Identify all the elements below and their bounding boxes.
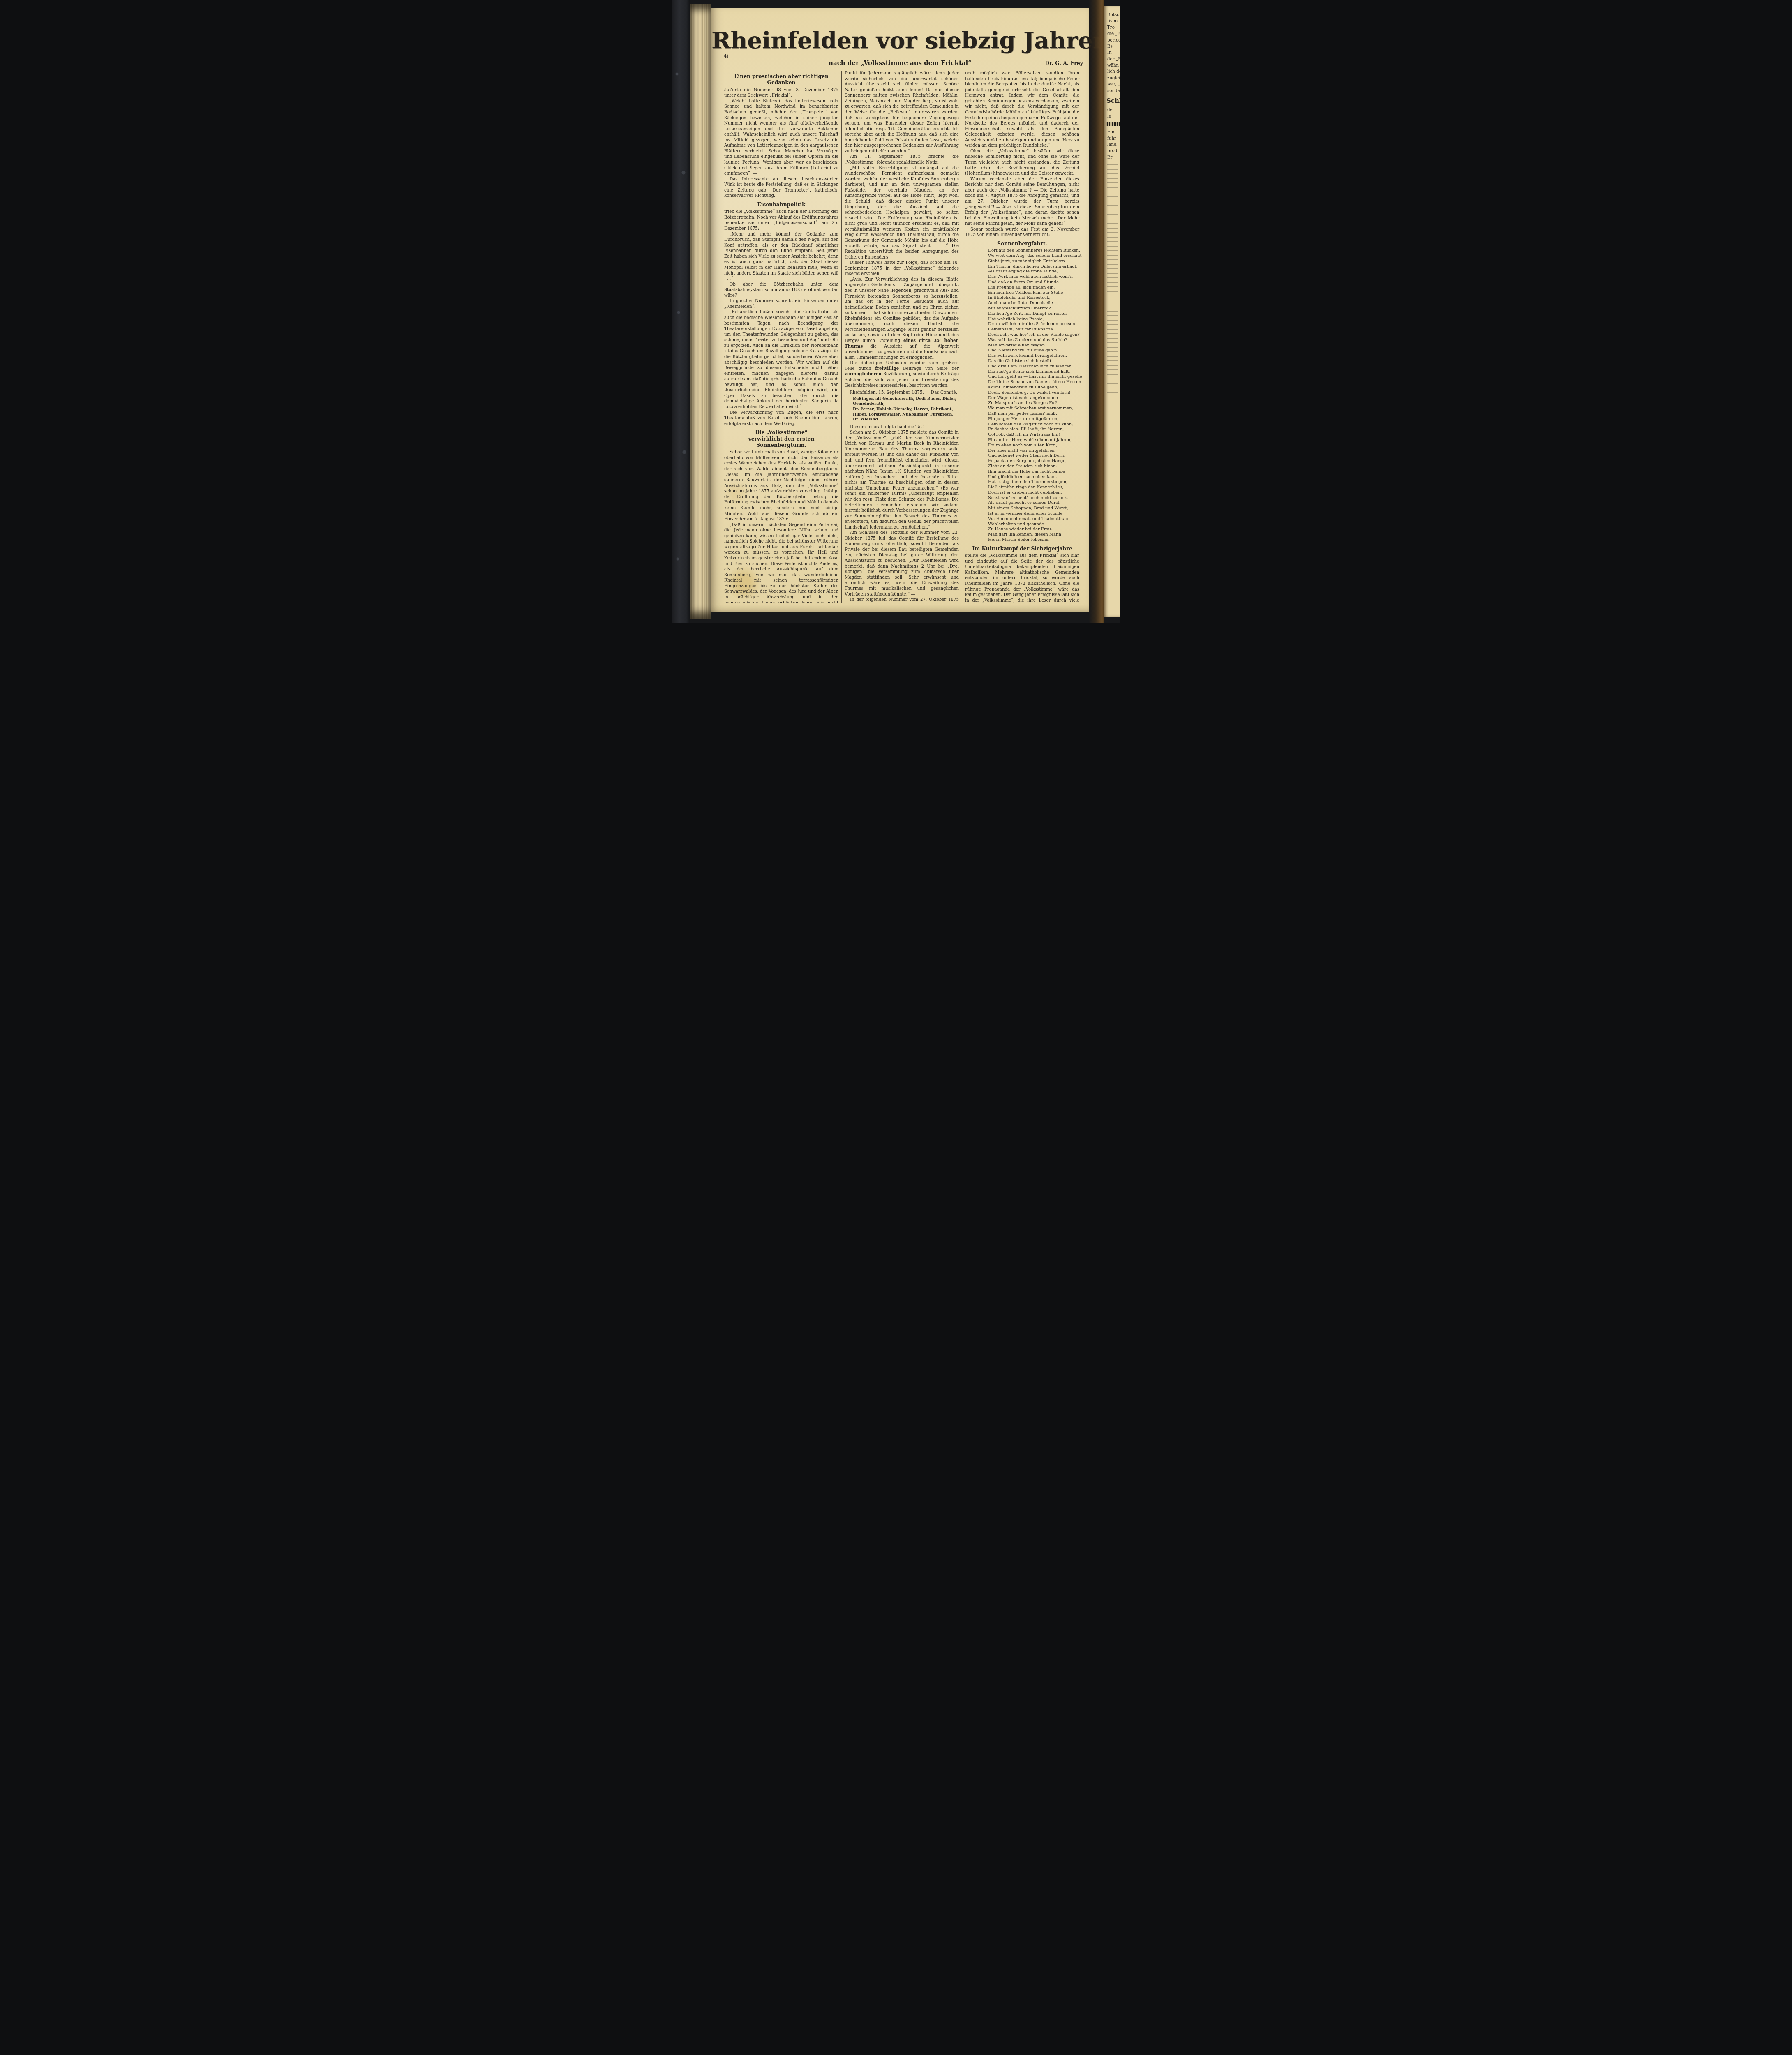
poem-line: Hat rüstig dann den Thurm erstiegen, — [988, 480, 1079, 485]
poem-line: Ihm macht die Höhe gar nicht bange — [988, 469, 1079, 475]
cutoff-text-fragment: Er — [1107, 155, 1120, 160]
dateline-place-date: Rheinfelden, 15. September 1875. — [850, 390, 924, 396]
cutoff-text-fragment: lich den — [1107, 69, 1120, 74]
poem-line: Die heut’ge Zeit, mit Dampf zu reisen — [988, 312, 1079, 317]
cutoff-text-fragment: zugleich — [1107, 76, 1120, 81]
poem-line: Man erwartet einen Wagen — [988, 343, 1079, 349]
poem-line: Gemeinsam, heit’rer Fußpartie. — [988, 327, 1079, 332]
paragraph: „Welch’ flotte Blütezeit das Lotteriewes… — [724, 99, 838, 177]
signatory-line: Dr. Fetzer, Habich-Dietschy, Herzer, Fab… — [853, 407, 959, 412]
column-3: noch möglich war. Böllersalven sandten i… — [962, 71, 1082, 603]
poem-line: Drum eben noch vom alten Korn, — [988, 443, 1079, 448]
paragraph: äußerte die Nummer 98 vom 8. Dezember 18… — [724, 88, 838, 99]
cutoff-text-fragment: land — [1107, 142, 1120, 148]
poem-line: Dem schien das Wagstück doch zu kühn; — [988, 422, 1079, 427]
paragraph: Dieser Hinweis hatte zur Folge, daß scho… — [845, 260, 959, 277]
poem-line: Ein andrer Herr, wohl schon auf Jahren, — [988, 438, 1079, 443]
scanned-book-spread: 4) Rheinfelden vor siebzig Jahren nach d… — [672, 0, 1120, 623]
poem-line: Was soll das Zaudern und das Steh’n? — [988, 338, 1079, 343]
poem-line: Doch ist er droben nicht geblieben, — [988, 490, 1079, 496]
poem-line: Die kleine Schaar von Damen, ältern Herr… — [988, 380, 1079, 385]
poem-line: Gottlob, daß ich im Wirtshaus bin! — [988, 432, 1079, 438]
paragraph: trieb die „Volksstimme“ auch nach der Er… — [724, 209, 838, 231]
column-1: Einen prosaischen aber richtigen Gedanke… — [721, 71, 841, 603]
poem-line: Ein junger Herr, der mitgefahren, — [988, 417, 1079, 422]
section-heading-line: verwirklicht den ersten Sonnenbergturm. — [724, 436, 838, 448]
column-2: Punkt für Jedermann zugänglich wäre, den… — [841, 71, 962, 603]
poem-line: Und daß an fixem Ort und Stunde — [988, 280, 1079, 285]
paragraph: Punkt für Jedermann zugänglich wäre, den… — [845, 71, 959, 154]
poem-line: Zieht an den Stauden sich hinan. — [988, 464, 1079, 469]
poem-line: Hat wahrlich keine Poesie, — [988, 317, 1079, 322]
poem-line: Doch, Sonnenberg, Du winkst von fern! — [988, 390, 1079, 396]
cutoff-text-fragment: periode — [1107, 38, 1120, 43]
poem-line: Als drauf erging die frohe Kunde, — [988, 269, 1079, 275]
poem-line: Er dachte sich: Ei! lauft, ihr Narren, — [988, 427, 1079, 432]
paragraph: In der folgenden Nummer vom 27. Oktober … — [845, 597, 959, 603]
cutoff-text-fragment: sondern — [1107, 88, 1120, 94]
paragraph: Die daherigen Unkosten werden zum größer… — [845, 360, 959, 388]
poem-line: Dort auf des Sonnenbergs leichtem Rücken… — [988, 248, 1079, 254]
poem-line: Und Niemand will zu Fuße geh’n. — [988, 348, 1079, 353]
poem-line: Wo weit dein Aug’ das schöne Land erscha… — [988, 254, 1079, 259]
cutoff-text-fragment: Ein — [1107, 129, 1120, 135]
paragraph: Ob aber die Bötzbergbahn unter dem Staat… — [724, 282, 838, 299]
poem-line: Drum will ich mir dies Stündchen preisen — [988, 322, 1079, 327]
poem-line: Das Werk man wohl auch festlich weih’n — [988, 275, 1079, 280]
adjacent-page-sliver: BotschfivenTrodie „BeperiodeBsInder „Bwä… — [1104, 6, 1120, 616]
signatory-line: Bußinger, alt Gemeinderath, Dedi-Bauer, … — [853, 397, 959, 407]
cutoff-text-fragment: wähn — [1107, 63, 1120, 68]
poem-line: Wo man mit Schrecken erst vernommen, — [988, 406, 1079, 411]
poem-line: Wohlerhalten und gesunde — [988, 522, 1079, 527]
poem-line: Kount’ hintendrein zu Fuße gehn, — [988, 385, 1079, 390]
paragraph: Am Schlusse des Textteils der Nummer vom… — [845, 530, 959, 597]
poem-line: Mit einem Schoppen, Brod und Wurst, — [988, 506, 1079, 511]
poem-line: In Stiefelrohr und Reisestock, — [988, 296, 1079, 301]
section-heading-line: Die „Volksstimme“ — [724, 429, 838, 435]
poem-line: Und scheuet weder Stein noch Dorn, — [988, 453, 1079, 459]
article-subtitle: nach der „Volksstimme aus dem Fricktal“ — [711, 59, 1089, 67]
paragraph: „Mit voller Berechtigung ist unlängst au… — [845, 166, 959, 261]
poem-line: Ein Thurm, durch hohen Opfersinn erbaut. — [988, 264, 1079, 270]
article-byline: Dr. G. A. Frey — [1045, 60, 1083, 66]
cutoff-text-fragment: Schluß — [1106, 97, 1120, 105]
section-heading: Einen prosaischen aber richtigen Gedanke… — [724, 73, 838, 86]
paragraph: noch möglich war. Böllersalven sandten i… — [965, 71, 1079, 149]
cutoff-text-fragment: brod — [1107, 148, 1120, 154]
dateline-committee: Das Comité. — [931, 390, 957, 396]
poem-line: Die rüst’ge Schar sich klammernd hält. — [988, 369, 1079, 375]
poem-line: Ein muntres Völklein kam zur Stelle — [988, 291, 1079, 296]
poem-line: Und fort geht es — hast mir ihn nicht ge… — [988, 374, 1079, 380]
paragraph: Diesem Inserat folgte bald die Tat! — [845, 425, 959, 430]
paragraph: In gleicher Nummer schreibt ein Einsende… — [724, 298, 838, 309]
poem-line: Zu Hause wieder bei der Frau. — [988, 527, 1079, 532]
cutoff-text-fragment: fiven — [1107, 18, 1120, 24]
paragraph: Warum verdankte aber der Einsender diese… — [965, 177, 1079, 227]
cutoff-text-fragment: In — [1107, 50, 1120, 55]
paragraph: „Bekanntlich ließen sowohl die Centralba… — [724, 309, 838, 410]
poem-line: Zu Maisprach an des Berges Fuß, — [988, 401, 1079, 406]
book-binding-edge — [672, 0, 690, 623]
poem-line: Und drauf ein Plätzchen sich zu wahren — [988, 364, 1079, 369]
section-heading: Sonnenbergfahrt. — [965, 240, 1079, 247]
paragraph: stellte die „Volksstimme aus dem Frickta… — [965, 553, 1079, 603]
section-heading: Die „Volksstimme“verwirklicht den ersten… — [724, 429, 838, 448]
poem-line: Die Freunde all’ sich finden ein, — [988, 285, 1079, 291]
section-heading: Eisenbahnpolitik — [724, 201, 838, 208]
poem-line: Steht jetzt, zu männiglich Entzücken — [988, 259, 1079, 264]
cutoff-text-fragment: Bs — [1107, 44, 1120, 49]
illegible-text-texture — [1107, 311, 1118, 397]
paragraph: Sogar poetisch wurde das Fest am 3. Nove… — [965, 227, 1079, 238]
text-columns: Einen prosaischen aber richtigen Gedanke… — [721, 71, 1082, 603]
paragraph: Am 11. September 1875 brachte die „Volks… — [845, 154, 959, 165]
poem-line: Als drauf gelöscht er seinen Durst — [988, 501, 1079, 506]
poem-line: Via Hochmöhlinmatt und Thalmatthau — [988, 517, 1079, 522]
body-text: Beiträge von Seite der — [899, 367, 959, 371]
poem-line: Herrn Martin Seiler lobesam. — [988, 538, 1079, 543]
ink-mark — [1106, 122, 1120, 126]
paragraph: „Mehr und mehr kömmt der Gedanke zum Dur… — [724, 232, 838, 282]
newspaper-page: 4) Rheinfelden vor siebzig Jahren nach d… — [711, 8, 1089, 612]
poem-line: Der aber nicht war mitgefahren — [988, 448, 1079, 454]
cutoff-text-fragment: de — [1107, 107, 1120, 113]
poem-line: Daß man per pedes „aufen’ muß. — [988, 411, 1079, 417]
cutoff-text-fragment: war, „ — [1107, 82, 1120, 87]
poem-line: Mit aufgeschürztem Oberrock. — [988, 306, 1079, 312]
subtitle-row: nach der „Volksstimme aus dem Fricktal“ … — [711, 59, 1089, 67]
gutter-shadow — [1089, 0, 1104, 623]
poem-line: Man darf ihn kennen, diesen Mann: — [988, 532, 1079, 538]
paragraph: Das Interessante an diesem beachtenswert… — [724, 177, 838, 199]
section-heading: Im Kulturkampf der Siebzigerjahre — [965, 545, 1079, 552]
paragraph: Schon am 9. Oktober 1875 meldete das Com… — [845, 430, 959, 530]
poem-line: Das Fuhrwerk kommt herangefahren, — [988, 353, 1079, 359]
poem-line: Das die Clubisten sich bestellt — [988, 359, 1079, 364]
dateline: Rheinfelden, 15. September 1875.Das Comi… — [850, 390, 957, 396]
article-title: Rheinfelden vor siebzig Jahren — [711, 27, 1089, 54]
paragraph: „Daß in unserer nächsten Gegend eine Per… — [724, 522, 838, 603]
cutoff-fragment-list: BotschfivenTrodie „BeperiodeBsInder „Bwä… — [1104, 12, 1120, 160]
cutoff-text-fragment: die „Be — [1107, 31, 1120, 37]
cutoff-text-fragment: m — [1107, 114, 1120, 119]
page-stack-edge — [690, 4, 711, 619]
poem-line: Auch manche flotte Demoiselle — [988, 301, 1079, 306]
cutoff-text-fragment: Botsch — [1107, 12, 1120, 18]
paragraph: „Avis. Zur Verwirklichung des in diesem … — [845, 277, 959, 360]
body-text: „Avis. Zur Verwirklichung des in diesem … — [845, 277, 959, 343]
poem-line: Er packt den Berg am jähsten Hange, — [988, 459, 1079, 464]
poem-line: Ließ streifen rings den Kennerblick; — [988, 485, 1079, 490]
bold-text: vermöglicheren — [845, 372, 882, 376]
bold-text: freiwillige — [875, 366, 899, 371]
paragraph: Schon weit unterhalb von Basel, wenige K… — [724, 450, 838, 522]
signatory-line: Huber, Forstverwalter, Nußbaumer, Fürspr… — [853, 412, 959, 423]
poem: Dort auf des Sonnenbergs leichtem Rücken… — [988, 248, 1079, 543]
signatory-names: Bußinger, alt Gemeinderath, Dedi-Bauer, … — [845, 397, 959, 423]
cutoff-text-fragment: fuhr — [1107, 136, 1120, 141]
poem-line: Sonst wär’ er heut’ noch nicht zurück. — [988, 496, 1079, 501]
poem-line: Der Wagen ist wohl angekommen — [988, 396, 1079, 401]
cutoff-text-fragment: der „B — [1107, 57, 1120, 62]
poem-line: Doch ach, was hör’ ich in der Runde sage… — [988, 332, 1079, 338]
paragraph: Ohne die „Volksstimme“ besäßen wir diese… — [965, 149, 1079, 177]
paragraph: Die Verwirklichung von Zügen, die erst n… — [724, 410, 838, 427]
illegible-text-texture — [1107, 164, 1118, 300]
poem-line: Und glücklich er nach oben kam. — [988, 475, 1079, 480]
poem-line: Ist er in weniger denn einer Stunde — [988, 511, 1079, 517]
cutoff-text-fragment: Tro — [1107, 25, 1120, 30]
